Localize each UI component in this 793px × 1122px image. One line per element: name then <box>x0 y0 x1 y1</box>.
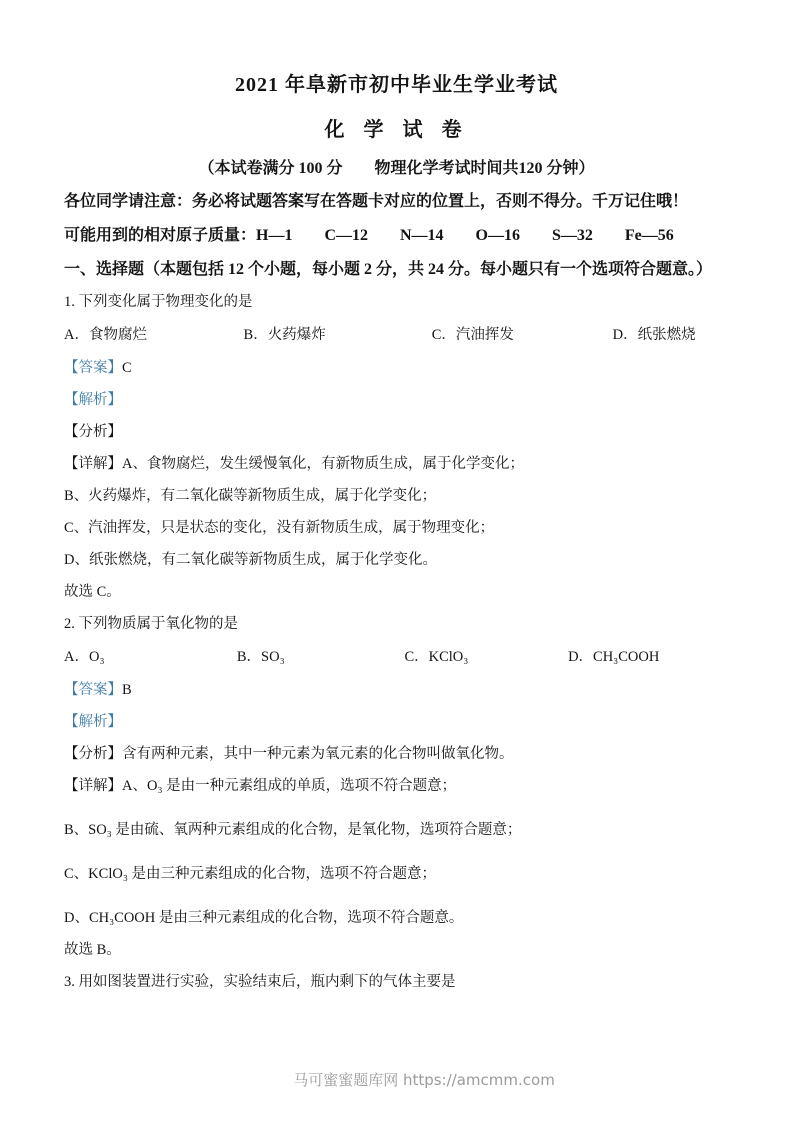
q2-conclusion: 故选 B。 <box>64 940 729 960</box>
q1-detail-a: A、食物腐烂，发生缓慢氧化，有新物质生成，属于化学变化； <box>122 456 524 472</box>
q2-fenxi-text: 含有两种元素，其中一种元素为氧元素的化合物叫做氧化物。 <box>122 746 514 762</box>
student-notice: 各位同学请注意：务必将试题答案写在答题卡对应的位置上，否则不得分。千万记住哦！ <box>64 191 729 212</box>
q1-answer-line: 【答案】C <box>64 358 729 378</box>
jiexi-tag: 【解析】 <box>64 714 122 730</box>
atomic-mass-line: 可能用到的相对原子质量：H—1 C—12 N—14 O—16 S—32 Fe—5… <box>64 225 729 246</box>
q2-detail-line-c: C、KClO₃ 是由三种元素组成的化合物，选项不符合题意； <box>64 864 729 884</box>
q2-answer-line: 【答案】B <box>64 680 729 700</box>
q2-detail-line-d: D、CH₃COOH 是由三种元素组成的化合物，选项不符合题意。 <box>64 908 729 928</box>
q2-option-d: D．CH₃COOH <box>568 646 659 668</box>
fenxi-tag: 【分析】 <box>64 424 122 440</box>
q1-fenxi-line: 【分析】 <box>64 422 729 442</box>
q2-option-b: B．SO₃ <box>237 646 285 668</box>
q2-detail-line-b: B、SO₃ 是由硫、氧两种元素组成的化合物，是氧化物，选项符合题意； <box>64 820 729 840</box>
q1-detail-line-b: B、火药爆炸，有二氧化碳等新物质生成，属于化学变化； <box>64 486 729 506</box>
q1-jiexi-line: 【解析】 <box>64 390 729 410</box>
watermark-footer: 马可蜜蜜题库网 https://amcmm.com <box>0 1069 793 1090</box>
q1-option-c: C．汽油挥发 <box>432 324 514 346</box>
q1-detail-line-d: D、纸张燃烧，有二氧化碳等新物质生成，属于化学变化。 <box>64 550 729 570</box>
q3-stem: 3. 用如图装置进行实验，实验结束后，瓶内剩下的气体主要是 <box>64 972 729 992</box>
q1-answer-value: C <box>122 360 132 376</box>
q1-options-row: A．食物腐烂 B．火药爆炸 C．汽油挥发 D．纸张燃烧 <box>64 324 729 346</box>
q1-conclusion: 故选 C。 <box>64 582 729 602</box>
section-1-title: 一、选择题（本题包括 12 个小题，每小题 2 分，共 24 分。每小题只有一个… <box>64 259 729 280</box>
answer-tag: 【答案】 <box>64 682 122 698</box>
q1-detail-line-c: C、汽油挥发，只是状态的变化，没有新物质生成，属于物理变化； <box>64 518 729 538</box>
answer-tag: 【答案】 <box>64 360 122 376</box>
q1-option-a: A．食物腐烂 <box>64 324 147 346</box>
xiangjie-tag: 【详解】 <box>64 778 122 794</box>
paper-info: （本试卷满分 100 分 物理化学考试时间共120 分钟） <box>0 155 793 178</box>
q1-option-d: D．纸张燃烧 <box>613 324 696 346</box>
q2-jiexi-line: 【解析】 <box>64 712 729 732</box>
q2-answer-value: B <box>122 682 132 698</box>
q2-options-row: A．O₃ B．SO₃ C．KClO₃ D．CH₃COOH <box>64 646 729 668</box>
q2-option-c: C．KClO₃ <box>404 646 468 668</box>
xiangjie-tag: 【详解】 <box>64 456 122 472</box>
exam-title: 2021 年阜新市初中毕业生学业考试 <box>0 0 793 97</box>
q2-fenxi-line: 【分析】含有两种元素，其中一种元素为氧元素的化合物叫做氧化物。 <box>64 744 729 764</box>
q1-option-b: B．火药爆炸 <box>244 324 326 346</box>
q2-stem: 2. 下列物质属于氧化物的是 <box>64 614 729 634</box>
exam-paper-page: 2021 年阜新市初中毕业生学业考试 化 学 试 卷 （本试卷满分 100 分 … <box>0 0 793 1122</box>
q2-option-a: A．O₃ <box>64 646 105 668</box>
jiexi-tag: 【解析】 <box>64 392 122 408</box>
fenxi-tag: 【分析】 <box>64 746 122 762</box>
q1-detail-line-a: 【详解】A、食物腐烂，发生缓慢氧化，有新物质生成，属于化学变化； <box>64 454 729 474</box>
q1-stem: 1. 下列变化属于物理变化的是 <box>64 292 729 312</box>
paper-title: 化 学 试 卷 <box>0 113 793 142</box>
q2-detail-a: A、O₃ 是由一种元素组成的单质，选项不符合题意； <box>122 778 456 794</box>
q2-detail-line-a: 【详解】A、O₃ 是由一种元素组成的单质，选项不符合题意； <box>64 776 729 796</box>
